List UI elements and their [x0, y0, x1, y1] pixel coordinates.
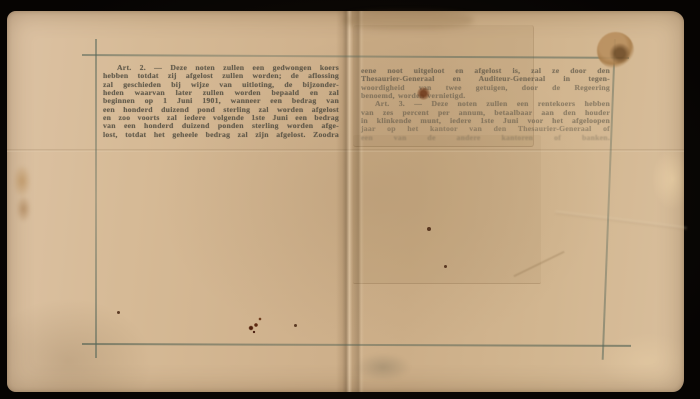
- ink-speck: [294, 324, 297, 327]
- ink-speck-cluster: [243, 311, 269, 337]
- ink-speck: [117, 311, 120, 314]
- gray-smudge: [355, 353, 411, 381]
- top-edge-shadow: [343, 11, 473, 29]
- diagonal-wrinkle: [555, 211, 686, 230]
- article-3-text: eene noot uitgeloot en afgelost is, zal …: [361, 67, 610, 142]
- scan-background: Art. 2. — Deze noten zullen een gedwonge…: [0, 0, 700, 399]
- corner-stain: [597, 32, 634, 69]
- banknote-paper: Art. 2. — Deze noten zullen een gedwonge…: [7, 11, 684, 392]
- text-line: een van de andere kantoren of banken.: [361, 134, 610, 142]
- frame-line-left: [95, 39, 97, 358]
- rust-spot: [417, 87, 430, 100]
- ink-speck: [427, 227, 431, 231]
- center-fold-crease: [336, 11, 364, 392]
- left-edge-stain: [7, 153, 37, 233]
- ink-speck: [444, 265, 447, 268]
- article-2-text: Art. 2. — Deze noten zullen een gedwonge…: [103, 64, 339, 139]
- paper-patch-lower: [353, 135, 541, 284]
- text-line: lost, totdat het geheele bedrag zal zijn…: [103, 131, 339, 139]
